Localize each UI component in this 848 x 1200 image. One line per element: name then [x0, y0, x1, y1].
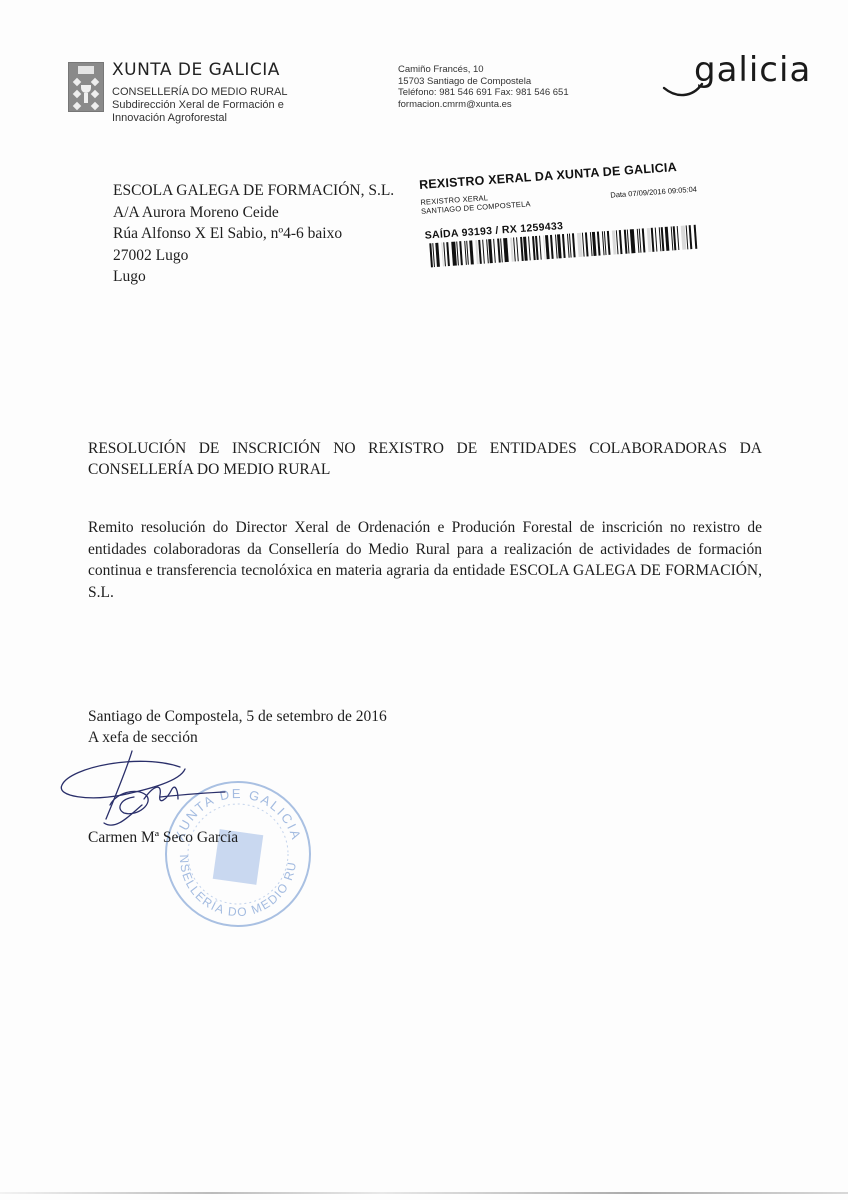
recipient-province: Lugo	[113, 266, 394, 288]
recipient-address: ESCOLA GALEGA DE FORMACIÓN, S.L. A/A Aur…	[113, 180, 394, 288]
crown-icon	[78, 66, 94, 74]
sender-address: Camiño Francés, 10 15703 Santiago de Com…	[398, 64, 569, 110]
chalice-icon	[81, 85, 91, 103]
document-subject: RESOLUCIÓN DE INSCRICIÓN NO REXISTRO DE …	[88, 438, 762, 480]
recipient-street: Rúa Alfonso X El Sabio, nº4-6 baixo	[113, 223, 394, 245]
recipient-attention: A/A Aurora Moreno Ceide	[113, 202, 394, 224]
address-phones: Teléfono: 981 546 691 Fax: 981 546 651	[398, 87, 569, 99]
subdirection-line-2: Innovación Agroforestal	[112, 112, 227, 125]
subdirection-line-1: Subdirección Xeral de Formación e	[112, 99, 284, 112]
registry-date: Data 07/09/2016 09:05:04	[610, 185, 697, 200]
signer-name: Carmen Mª Seco García	[88, 829, 238, 847]
department-name: CONSELLERÍA DO MEDIO RURAL	[112, 86, 287, 99]
xunta-crest-icon	[68, 62, 104, 112]
address-email: formacion.cmrm@xunta.es	[398, 99, 569, 111]
place-and-date: Santiago de Compostela, 5 de setembro de…	[88, 706, 387, 727]
address-city: 15703 Santiago de Compostela	[398, 76, 569, 88]
address-street: Camiño Francés, 10	[398, 64, 569, 76]
registry-title: REXISTRO XERAL DA XUNTA DE GALICIA	[419, 160, 678, 192]
galicia-wordmark: galicia	[694, 50, 811, 90]
organization-name: XUNTA DE GALICIA	[112, 60, 280, 80]
registry-stamp: REXISTRO XERAL DA XUNTA DE GALICIA REXIS…	[418, 147, 725, 278]
recipient-company: ESCOLA GALEGA DE FORMACIÓN, S.L.	[113, 180, 394, 202]
subject-line-1: RESOLUCIÓN DE INSCRICIÓN NO REXISTRO DE …	[88, 438, 762, 459]
subject-line-2: CONSELLERÍA DO MEDIO RURAL	[88, 461, 330, 478]
registry-date-value: 07/09/2016 09:05:04	[628, 185, 697, 199]
closing-block: Santiago de Compostela, 5 de setembro de…	[88, 706, 387, 748]
recipient-postcode-city: 27002 Lugo	[113, 245, 394, 267]
body-paragraph: Remito resolución do Director Xeral de O…	[88, 517, 762, 603]
galicia-logo: galicia	[662, 44, 812, 104]
registry-date-label: Data	[610, 190, 626, 200]
scan-bottom-edge	[0, 1192, 848, 1194]
